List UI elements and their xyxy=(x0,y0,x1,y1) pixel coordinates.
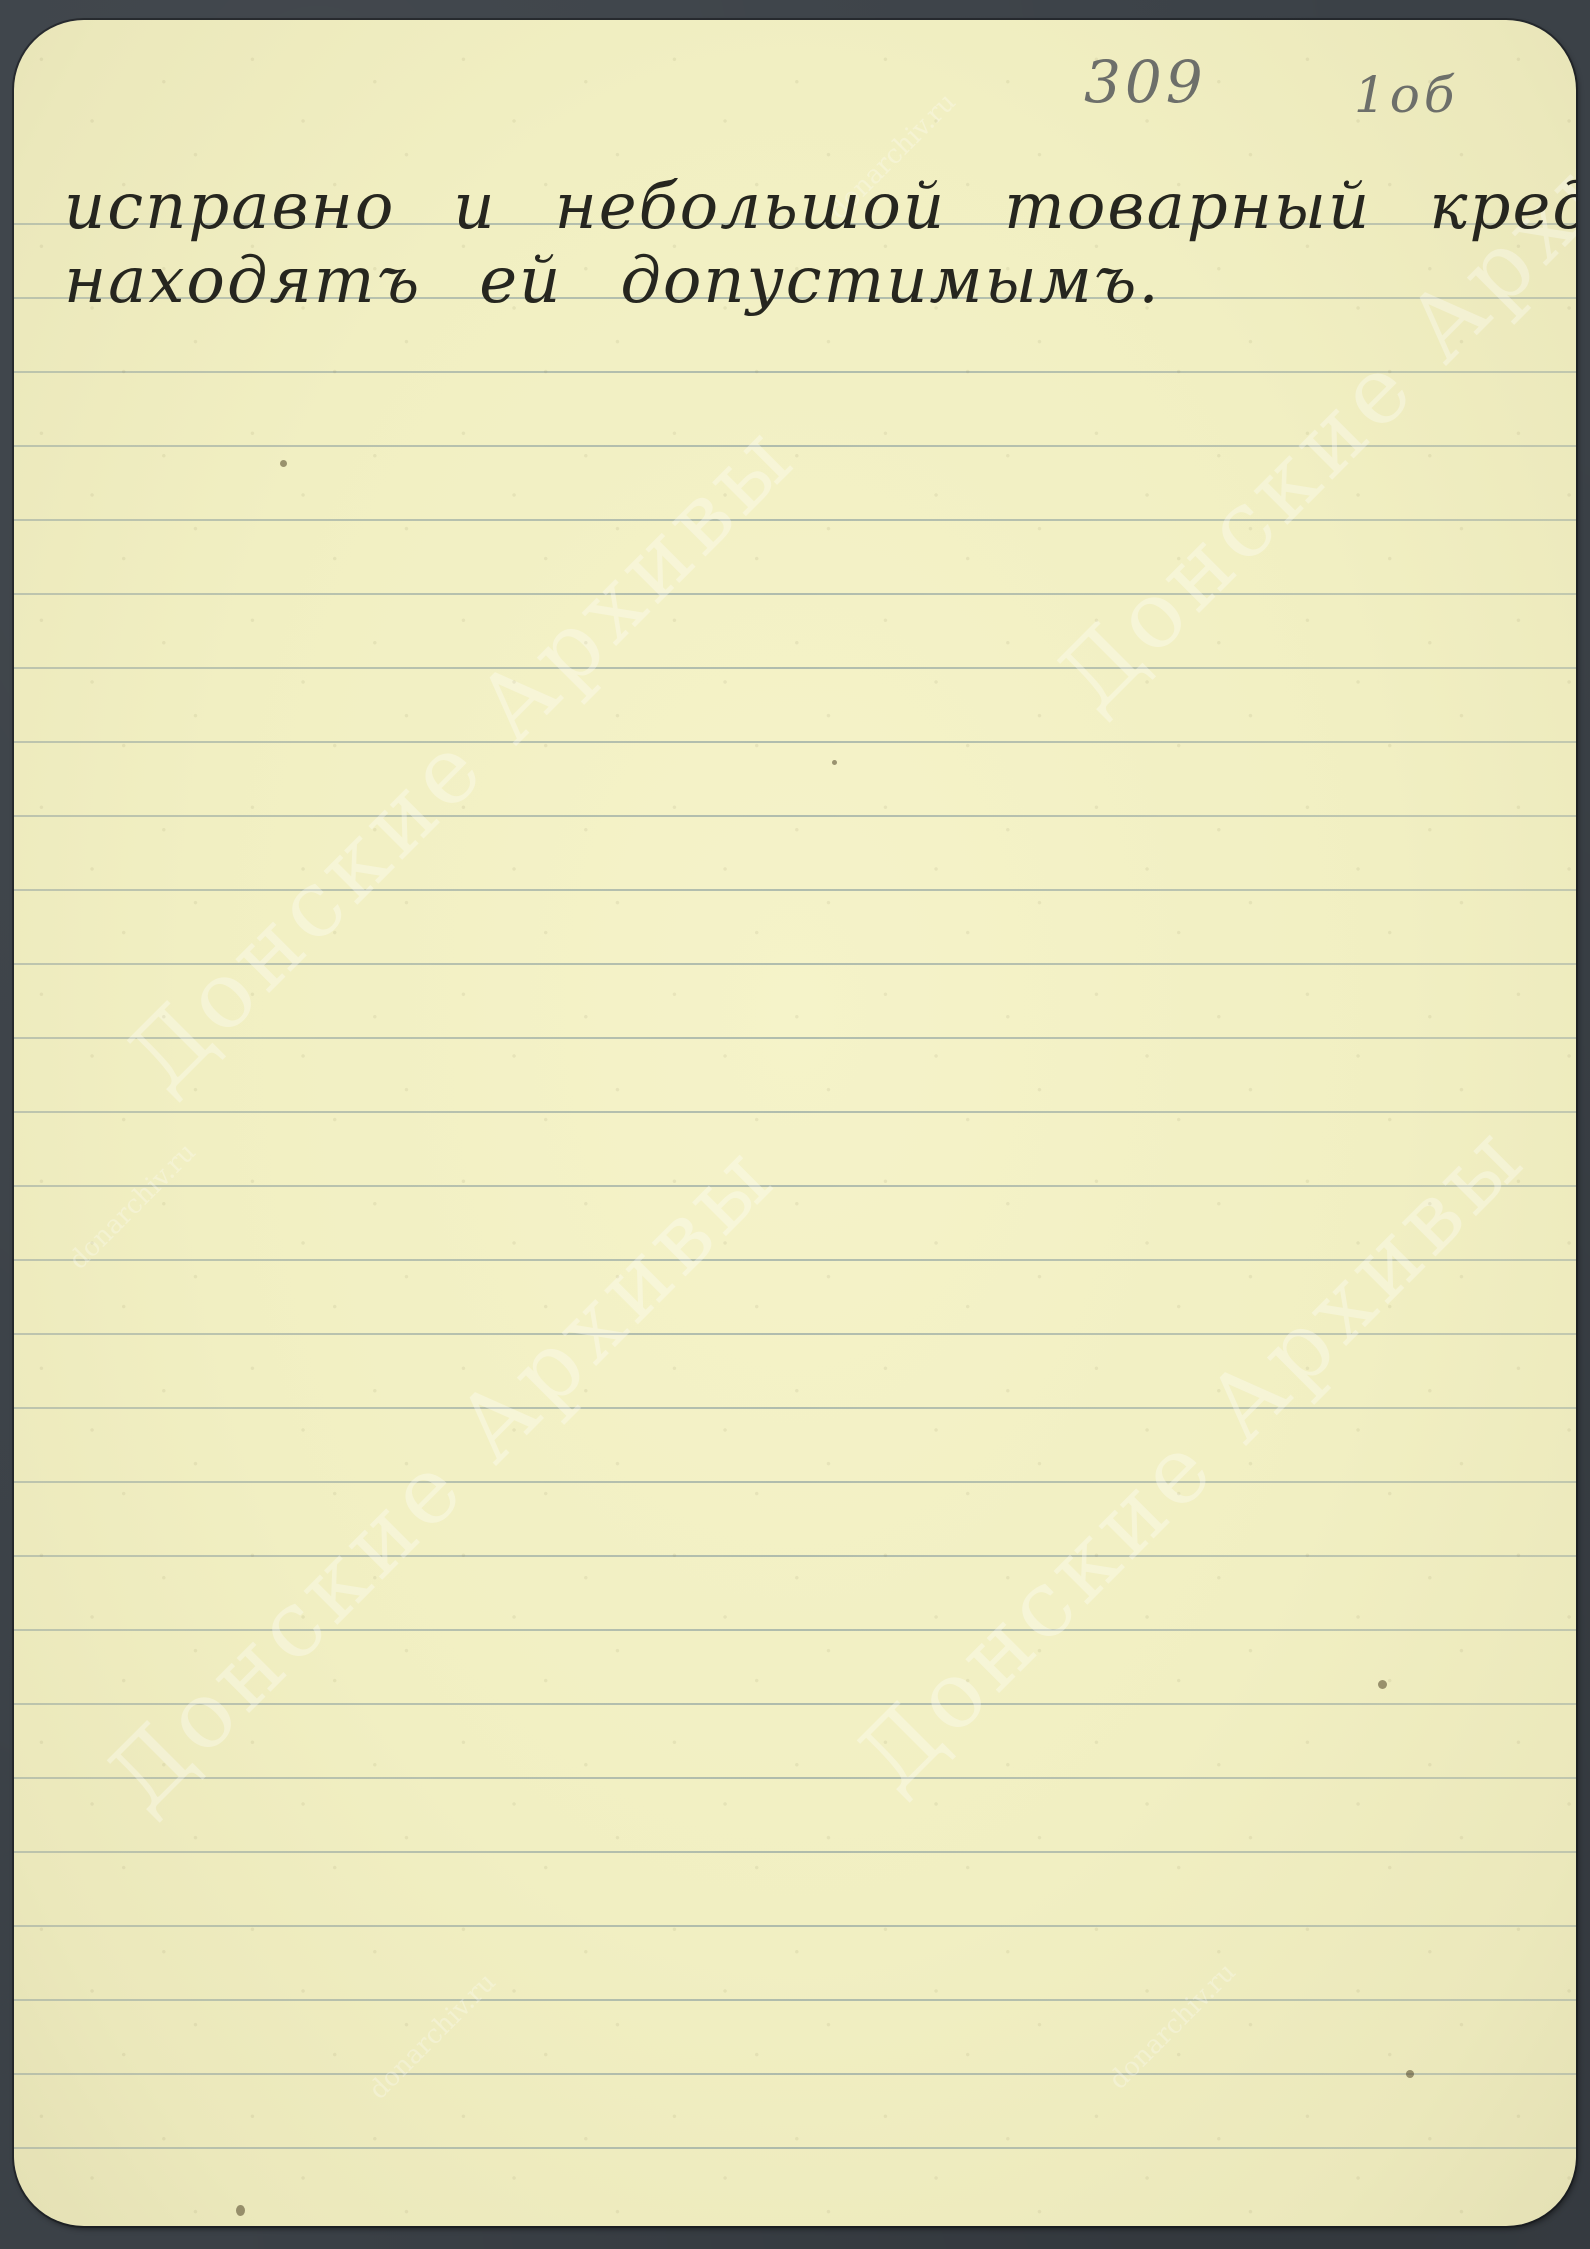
ruled-line xyxy=(14,889,1576,891)
watermark-left-lower: Донские Архивы xyxy=(86,1122,795,1831)
ruled-line xyxy=(14,1481,1576,1483)
ruled-line xyxy=(14,1333,1576,1335)
ruled-line xyxy=(14,2073,1576,2075)
ruled-line xyxy=(14,445,1576,447)
ruled-line xyxy=(14,519,1576,521)
watermark-right-upper: Донские Архивы xyxy=(1036,22,1576,731)
handwritten-word: и xyxy=(453,170,496,244)
ruled-line xyxy=(14,815,1576,817)
ruled-line xyxy=(14,371,1576,373)
paper-spot xyxy=(1406,2070,1414,2078)
watermark-left-upper: Донские Архивы xyxy=(106,402,815,1111)
handwritten-line-1: исправноинебольшойтоварныйкредитъ xyxy=(64,170,1576,244)
ruled-line xyxy=(14,2147,1576,2149)
ruled-line xyxy=(14,1111,1576,1113)
handwritten-word: ей xyxy=(479,244,562,318)
folio-side: 1об xyxy=(1354,66,1458,124)
paper-spot xyxy=(832,760,837,765)
ruled-line xyxy=(14,1185,1576,1187)
handwritten-word: товарный xyxy=(1004,170,1371,244)
ruled-line xyxy=(14,741,1576,743)
handwritten-word: небольшой xyxy=(555,170,947,244)
ruled-line xyxy=(14,1925,1576,1927)
ruled-line xyxy=(14,1037,1576,1039)
ruled-line xyxy=(14,1851,1576,1853)
handwritten-word: исправно xyxy=(64,170,395,244)
ruled-line xyxy=(14,1259,1576,1261)
ruled-line xyxy=(14,667,1576,669)
handwritten-word: находятъ xyxy=(64,244,421,318)
ruled-line xyxy=(14,593,1576,595)
watermark-url: donarchiv.ru xyxy=(63,1137,201,1275)
handwritten-word: кредитъ xyxy=(1429,170,1576,244)
folio-number: 309 xyxy=(1084,48,1207,116)
ruled-line xyxy=(14,1777,1576,1779)
handwritten-line-2: находятъейдопустимымъ. xyxy=(64,244,1219,318)
watermark-url: donarchiv.ru xyxy=(363,1967,501,2105)
paper-spot xyxy=(280,460,287,467)
ruled-line xyxy=(14,1555,1576,1557)
ruled-line xyxy=(14,1703,1576,1705)
ruled-line xyxy=(14,1999,1576,2001)
ruled-line xyxy=(14,963,1576,965)
paper-spot xyxy=(1378,1680,1387,1689)
ruled-line xyxy=(14,1407,1576,1409)
paper-spot xyxy=(236,2205,245,2216)
archival-card: Донские Архивы Донские Архивы Донские Ар… xyxy=(14,20,1576,2226)
ruled-line xyxy=(14,1629,1576,1631)
handwritten-word: допустимымъ. xyxy=(620,244,1160,318)
